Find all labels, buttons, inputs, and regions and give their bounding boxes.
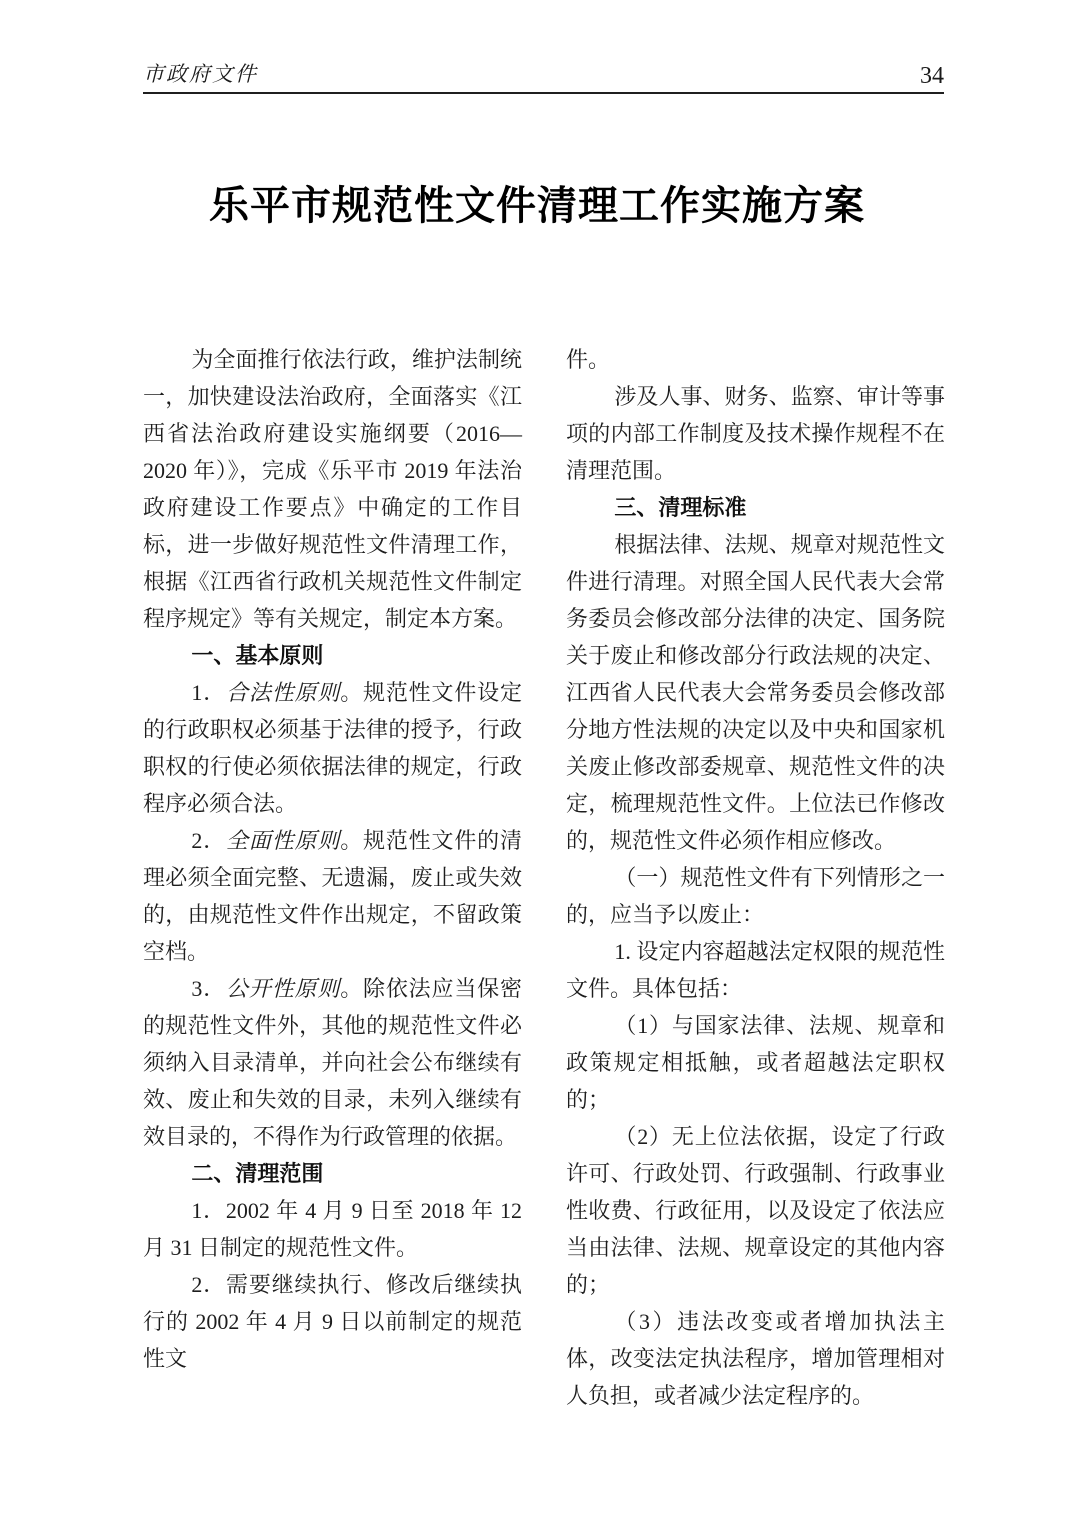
paragraph: （3）违法改变或者增加执法主体，改变法定执法程序，增加管理相对人负担，或者减少法… — [566, 1303, 945, 1414]
text-run: 3． — [191, 976, 226, 1001]
document-title: 乐平市规范性文件清理工作实施方案 — [131, 180, 943, 232]
text-run: 二、清理范围 — [191, 1161, 323, 1186]
paragraph: （一）规范性文件有下列情形之一的，应当予以废止： — [566, 859, 945, 933]
document-body: 为全面推行依法行政，维护法制统一，加快建设法治政府，全面落实《江西省法治政府建设… — [143, 341, 945, 1414]
emphasis-text: 公开性原则 — [226, 976, 340, 1001]
text-run: 涉及人事、财务、监察、审计等事项的内部工作制度及技术操作规程不在清理范围。 — [566, 384, 945, 483]
text-run: （一）规范性文件有下列情形之一的，应当予以废止： — [566, 865, 945, 927]
text-run: 2． — [191, 828, 226, 853]
paragraph-continuation: 件。 — [566, 341, 945, 378]
paragraph: 3．公开性原则。除依法应当保密的规范性文件外，其他的规范性文件必须纳入目录清单，… — [143, 970, 522, 1155]
paragraph: 为全面推行依法行政，维护法制统一，加快建设法治政府，全面落实《江西省法治政府建设… — [143, 341, 522, 637]
page-number: 34 — [920, 64, 944, 88]
paragraph: 1．合法性原则。规范性文件设定的行政职权必须基于法律的授予，行政职权的行使必须依… — [143, 674, 522, 822]
paragraph: 根据法律、法规、规章对规范性文件进行清理。对照全国人民代表大会常务委员会修改部分… — [566, 526, 945, 859]
emphasis-text: 合法性原则 — [226, 680, 340, 705]
paragraph: 涉及人事、财务、监察、审计等事项的内部工作制度及技术操作规程不在清理范围。 — [566, 378, 945, 489]
column-right: 件。涉及人事、财务、监察、审计等事项的内部工作制度及技术操作规程不在清理范围。三… — [566, 341, 945, 1414]
paragraph: 1．2002 年 4 月 9 日至 2018 年 12 月 31 日制定的规范性… — [143, 1192, 522, 1266]
paragraph: 2．全面性原则。规范性文件的清理必须全面完整、无遗漏，废止或失效的，由规范性文件… — [143, 822, 522, 970]
text-run: （1）与国家法律、法规、规章和政策规定相抵触，或者超越法定职权的； — [566, 1013, 945, 1112]
text-run: 件。 — [566, 347, 610, 372]
text-run: （3）违法改变或者增加执法主体，改变法定执法程序，增加管理相对人负担，或者减少法… — [566, 1309, 945, 1408]
section-heading: 一、基本原则 — [143, 637, 522, 674]
document-page: 市政府文件 34 乐平市规范性文件清理工作实施方案 为全面推行依法行政，维护法制… — [0, 0, 1074, 1520]
paragraph: （2）无上位法依据，设定了行政许可、行政处罚、行政强制、行政事业性收费、行政征用… — [566, 1118, 945, 1303]
paragraph: 1. 设定内容超越法定权限的规范性文件。具体包括： — [566, 933, 945, 1007]
text-run: 1． — [191, 680, 226, 705]
text-run: 一、基本原则 — [191, 643, 323, 668]
text-run: 2．需要继续执行、修改后继续执行的 2002 年 4 月 9 日以前制定的规范性… — [143, 1272, 522, 1371]
text-run: 三、清理标准 — [614, 495, 746, 520]
text-run: 1. 设定内容超越法定权限的规范性文件。具体包括： — [566, 939, 945, 1001]
emphasis-text: 全面性原则 — [226, 828, 340, 853]
page-header: 市政府文件 34 — [143, 58, 944, 94]
text-run: （2）无上位法依据，设定了行政许可、行政处罚、行政强制、行政事业性收费、行政征用… — [566, 1124, 945, 1297]
section-heading: 二、清理范围 — [143, 1155, 522, 1192]
text-run: 。除依法应当保密的规范性文件外，其他的规范性文件必须纳入目录清单，并向社会公布继… — [143, 976, 522, 1149]
header-category-label: 市政府文件 — [143, 58, 258, 88]
text-run: 1．2002 年 4 月 9 日至 2018 年 12 月 31 日制定的规范性… — [143, 1198, 522, 1260]
paragraph: （1）与国家法律、法规、规章和政策规定相抵触，或者超越法定职权的； — [566, 1007, 945, 1118]
text-run: 为全面推行依法行政，维护法制统一，加快建设法治政府，全面落实《江西省法治政府建设… — [143, 347, 522, 631]
column-left: 为全面推行依法行政，维护法制统一，加快建设法治政府，全面落实《江西省法治政府建设… — [143, 341, 522, 1414]
text-run: 根据法律、法规、规章对规范性文件进行清理。对照全国人民代表大会常务委员会修改部分… — [566, 532, 945, 853]
paragraph: 2．需要继续执行、修改后继续执行的 2002 年 4 月 9 日以前制定的规范性… — [143, 1266, 522, 1377]
section-heading: 三、清理标准 — [566, 489, 945, 526]
